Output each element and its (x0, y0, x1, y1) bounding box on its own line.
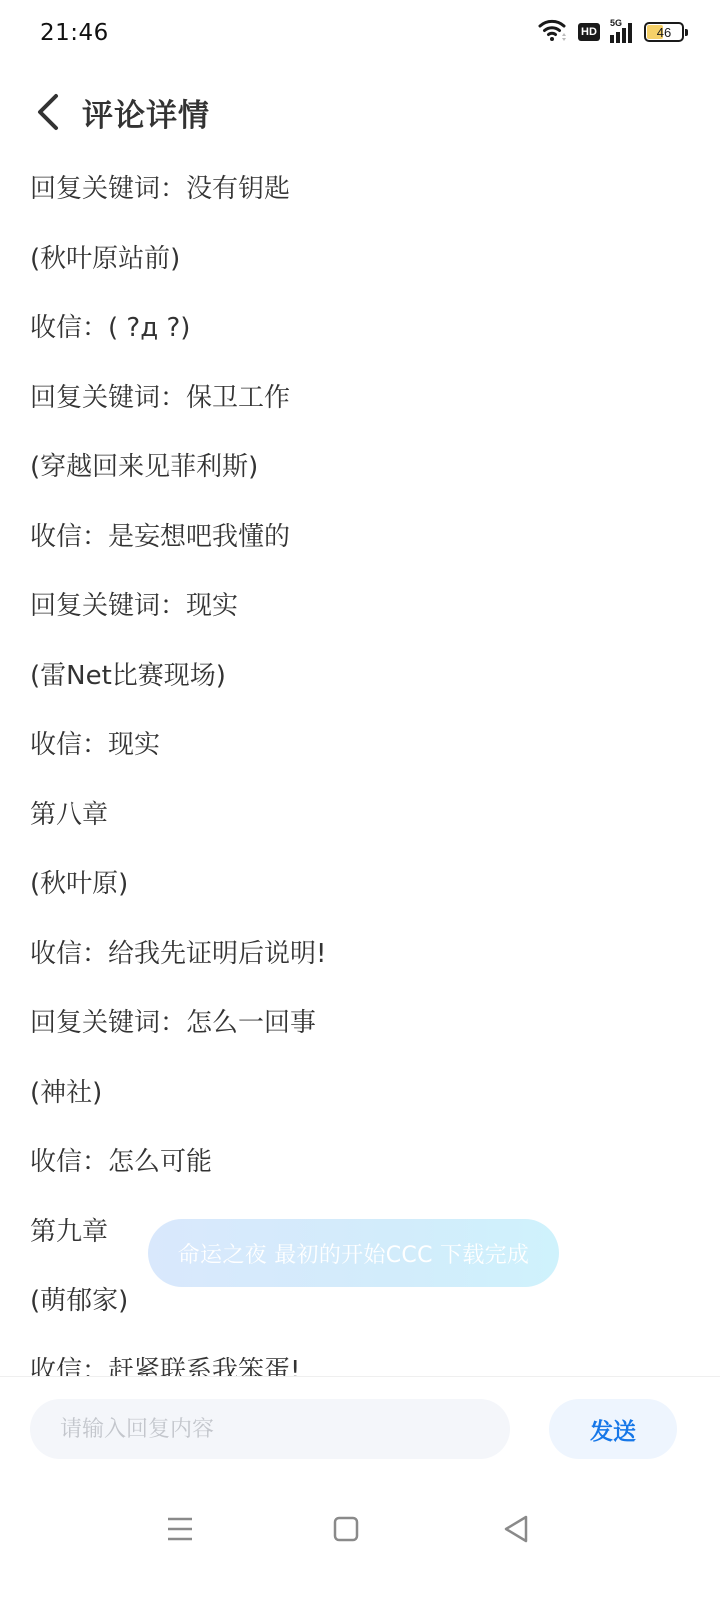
send-button[interactable]: 发送 (549, 1399, 677, 1459)
content-line: (穿越回来见菲利斯) (0, 433, 720, 503)
chevron-left-icon (34, 93, 62, 131)
content-line: 第八章 (0, 781, 720, 851)
content-line: (秋叶原) (0, 850, 720, 920)
status-bar: 21:46 HD 5G (0, 0, 720, 64)
recent-apps-button[interactable] (150, 1504, 210, 1554)
page-title: 评论详情 (82, 90, 210, 135)
content-line: 收信：怎么可能 (0, 1128, 720, 1198)
comment-detail-screen: 21:46 HD 5G (0, 0, 720, 1600)
5g-signal-icon: 5G (610, 21, 632, 43)
toast-message: 命运之夜 最初的开始CCC 下载完成 (178, 1238, 529, 1269)
reply-input[interactable] (30, 1399, 510, 1459)
wifi-icon (538, 18, 568, 46)
status-icons: HD 5G 46 (538, 18, 684, 46)
content-line: 回复关键词：没有钥匙 (0, 155, 720, 225)
home-button[interactable] (316, 1504, 376, 1554)
home-icon (333, 1516, 359, 1542)
battery-icon: 46 (644, 22, 684, 42)
menu-icon (167, 1516, 193, 1542)
content-line: (神社) (0, 1059, 720, 1129)
comment-content[interactable]: 回复关键词：没有钥匙 (秋叶原站前) 收信：( ?д ?) 回复关键词：保卫工作… (0, 155, 720, 1376)
content-line: 回复关键词：保卫工作 (0, 364, 720, 434)
content-line: 回复关键词：怎么一回事 (0, 989, 720, 1059)
system-nav-bar (0, 1484, 720, 1600)
network-type-label: 5G (610, 18, 622, 28)
nav-back-button[interactable] (486, 1504, 546, 1554)
content-line: 收信：赶紧联系我笨蛋! (0, 1337, 720, 1377)
status-time: 21:46 (40, 20, 109, 46)
content-line: 收信：( ?д ?) (0, 294, 720, 364)
content-line: 收信：现实 (0, 711, 720, 781)
content-line: (雷Net比赛现场) (0, 642, 720, 712)
content-line: 回复关键词：现实 (0, 572, 720, 642)
back-button[interactable] (18, 82, 78, 142)
download-complete-toast: 命运之夜 最初的开始CCC 下载完成 (148, 1219, 559, 1287)
page-header: 评论详情 (0, 76, 720, 148)
battery-level: 46 (657, 25, 671, 40)
content-line: (秋叶原站前) (0, 225, 720, 295)
back-icon (503, 1515, 529, 1543)
content-line: 收信：给我先证明后说明! (0, 920, 720, 990)
content-line: 收信：是妄想吧我懂的 (0, 503, 720, 573)
hd-icon: HD (578, 23, 600, 41)
reply-bar: 发送 (0, 1376, 720, 1484)
